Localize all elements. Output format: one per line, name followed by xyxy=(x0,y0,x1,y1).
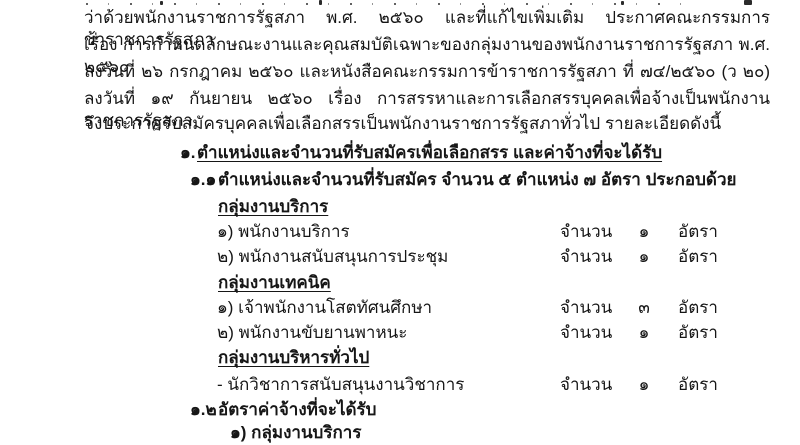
qty-value: ๓ xyxy=(628,297,660,319)
cut-off-glyph-fragment xyxy=(319,0,322,5)
cut-off-glyph-fragment xyxy=(744,0,752,5)
group-name: กลุ่มงานเทคนิค xyxy=(218,272,331,294)
position-row: ๑) พนักงานบริการ จำนวน ๑ อัตรา xyxy=(0,221,800,246)
position-label: ๒) พนักงานขับยานพาหนะ xyxy=(217,322,407,344)
intro-line-5: จึงประกาศรับสมัครบุคคลเพื่อเลือกสรรเป็นพ… xyxy=(84,113,770,135)
position-label: - นักวิชาการสนับสนุนงานวิชาการ xyxy=(217,374,464,396)
cut-off-glyph-fragment xyxy=(621,1,624,5)
cut-off-previous-line xyxy=(86,3,690,5)
qty-unit: อัตรา xyxy=(678,246,718,268)
clause-1-2-item-label: ๑) กลุ่มงานบริการ xyxy=(230,422,361,444)
qty-value: ๑ xyxy=(628,221,660,243)
clause-1-2-number: ๑.๒ xyxy=(190,399,217,421)
section-1-number: ๑. xyxy=(180,142,196,164)
clause-1-2-heading: ๑.๒ อัตราค่าจ้างที่จะได้รับ xyxy=(0,399,800,424)
group-name: กลุ่มงานบริหารทั่วไป xyxy=(218,347,369,369)
qty-word: จำนวน xyxy=(560,374,612,396)
clause-1-1-heading: ๑.๑ ตำแหน่งและจำนวนที่รับสมัคร จำนวน ๕ ต… xyxy=(0,169,800,194)
group-name: กลุ่มงานบริการ xyxy=(218,196,328,218)
qty-unit: อัตรา xyxy=(678,221,718,243)
intro-line-3: ลงวันที่ ๒๖ กรกฎาคม ๒๕๖๐ และหนังสือคณะกร… xyxy=(84,61,770,83)
clause-1-1-number: ๑.๑ xyxy=(190,169,216,191)
clause-1-2-title: อัตราค่าจ้างที่จะได้รับ xyxy=(218,399,376,421)
position-label: ๑) เจ้าพนักงานโสตทัศนศึกษา xyxy=(217,297,432,319)
clause-1-1-title: ตำแหน่งและจำนวนที่รับสมัคร จำนวน ๕ ตำแหน… xyxy=(218,169,736,191)
position-row: ๒) พนักงานสนับสนุนการประชุม จำนวน ๑ อัตร… xyxy=(0,246,800,271)
position-row: ๑) เจ้าพนักงานโสตทัศนศึกษา จำนวน ๓ อัตรา xyxy=(0,297,800,322)
qty-word: จำนวน xyxy=(560,246,612,268)
document-page: ว่าด้วยพนักงานราชการรัฐสภา พ.ศ. ๒๕๖๐ และ… xyxy=(0,0,800,445)
qty-value: ๑ xyxy=(628,322,660,344)
qty-word: จำนวน xyxy=(560,297,612,319)
qty-unit: อัตรา xyxy=(678,297,718,319)
section-1-heading: ๑. ตำแหน่งและจำนวนที่รับสมัครเพื่อเลือกส… xyxy=(0,142,800,167)
group-header-technical: กลุ่มงานเทคนิค xyxy=(0,272,800,297)
qty-word: จำนวน xyxy=(560,221,612,243)
group-header-general-admin: กลุ่มงานบริหารทั่วไป xyxy=(0,347,800,372)
section-1-title: ตำแหน่งและจำนวนที่รับสมัครเพื่อเลือกสรร … xyxy=(197,142,662,164)
group-header-service: กลุ่มงานบริการ xyxy=(0,196,800,221)
position-row: ๒) พนักงานขับยานพาหนะ จำนวน ๑ อัตรา xyxy=(0,322,800,347)
qty-value: ๑ xyxy=(628,246,660,268)
cut-off-glyph-fragment xyxy=(160,1,163,5)
qty-value: ๑ xyxy=(628,374,660,396)
qty-unit: อัตรา xyxy=(678,322,718,344)
position-row: - นักวิชาการสนับสนุนงานวิชาการ จำนวน ๑ อ… xyxy=(0,374,800,399)
clause-1-2-item-1: ๑) กลุ่มงานบริการ xyxy=(0,422,800,445)
position-label: ๒) พนักงานสนับสนุนการประชุม xyxy=(217,246,448,268)
position-label: ๑) พนักงานบริการ xyxy=(217,221,350,243)
qty-word: จำนวน xyxy=(560,322,612,344)
qty-unit: อัตรา xyxy=(678,374,718,396)
